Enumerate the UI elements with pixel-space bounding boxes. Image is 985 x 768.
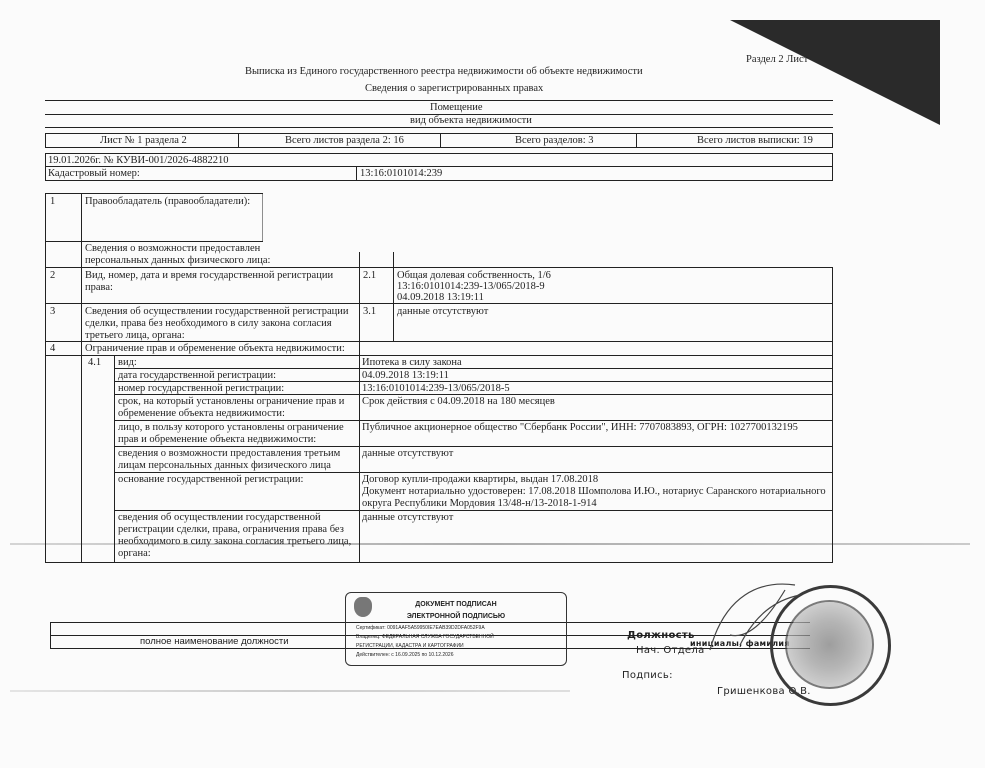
object-type-label: вид объекта недвижимости [410, 115, 532, 127]
row-4-label: Ограничение прав и обременение объекта н… [85, 343, 345, 355]
encumbrance-basis-label: основание государственной регистрации: [118, 474, 303, 486]
row-3-number: 3 [50, 306, 55, 318]
cadastral-label: Кадастровый номер: [48, 168, 140, 180]
encumbrance-number-value: 13:16:0101014:239-13/065/2018-5 [362, 383, 510, 395]
object-type-value: Помещение [430, 102, 483, 114]
total-sections: Всего разделов: 3 [515, 135, 593, 147]
total-extract-sheets: Всего листов выписки: 19 [697, 135, 813, 147]
document-reference: 19.01.2026г. № КУВИ-001/2026-4882210 [48, 155, 229, 167]
row-3-sub-number: 3.1 [363, 306, 376, 318]
encumbrance-basis-line-2: Документ нотариально удостоверен: 17.08.… [362, 486, 826, 498]
cadastral-number: 13:16:0101014:239 [360, 168, 442, 180]
encumbrance-date-value: 04.09.2018 13:19:11 [362, 370, 449, 382]
row-4-number: 4 [50, 343, 55, 355]
right-registration-date: 04.09.2018 13:19:11 [397, 292, 484, 304]
position-value: Нач. Отдела [636, 645, 705, 657]
row-3-value: данные отсутствуют [397, 306, 488, 318]
row-2-number: 2 [50, 270, 55, 282]
signature-label: Подпись: [622, 670, 673, 682]
encumbrance-deal-consent-label: сведения об осуществлении государственно… [118, 512, 358, 560]
row-1-label: Правообладатель (правообладатели): [85, 196, 250, 208]
encumbrance-number-label: номер государственной регистрации: [118, 383, 284, 395]
encumbrance-type-value: Ипотека в силу закона [362, 357, 462, 369]
handwritten-signature-icon [700, 575, 810, 665]
encumbrance-basis-line-1: Договор купли-продажи квартиры, выдан 17… [362, 474, 598, 486]
encumbrance-personal-data-value: данные отсутствуют [362, 448, 453, 460]
encumbrance-deal-consent-value: данные отсутствуют [362, 512, 453, 524]
encumbrance-beneficiary-value: Публичное акционерное общество "Сбербанк… [362, 422, 798, 434]
row-2-label: Вид, номер, дата и время государственной… [85, 270, 355, 294]
row-3-label: Сведения об осуществлении государственно… [85, 306, 355, 342]
row-4-sub-number: 4.1 [88, 357, 101, 369]
position-full-name-label: полное наименование должности [140, 636, 289, 648]
section-sheet-label: Раздел 2 Лист [746, 54, 808, 66]
position-column-label: Должность [627, 630, 695, 642]
electronic-signature-stamp: ДОКУМЕНТ ПОДПИСАН ЭЛЕКТРОННОЙ ПОДПИСЬЮ С… [345, 592, 567, 666]
encumbrance-term-value: Срок действия с 04.09.2018 на 180 месяце… [362, 396, 555, 408]
scan-shadow-corner [730, 20, 940, 125]
row-2-sub-number: 2.1 [363, 270, 376, 282]
encumbrance-basis-line-3: округа Республики Мордовия 13/48-н/13-20… [362, 498, 597, 510]
row-1-personal-data-label: Сведения о возможности предоставлен перс… [85, 243, 285, 267]
encumbrance-personal-data-label: сведения о возможности предоставления тр… [118, 448, 358, 472]
total-section-sheets: Всего листов раздела 2: 16 [285, 135, 404, 147]
encumbrance-term-label: срок, на который установлены ограничение… [118, 396, 358, 420]
scan-artifact-line [10, 690, 570, 692]
encumbrance-date-label: дата государственной регистрации: [118, 370, 276, 382]
encumbrance-beneficiary-label: лицо, в пользу которого установлены огра… [118, 422, 358, 446]
row-1-number: 1 [50, 196, 55, 208]
document-subtitle: Сведения о зарегистрированных правах [365, 83, 543, 95]
document-title: Выписка из Единого государственного реес… [245, 66, 643, 78]
sheet-number: Лист № 1 раздела 2 [100, 135, 187, 147]
encumbrance-type-label: вид: [118, 357, 137, 369]
